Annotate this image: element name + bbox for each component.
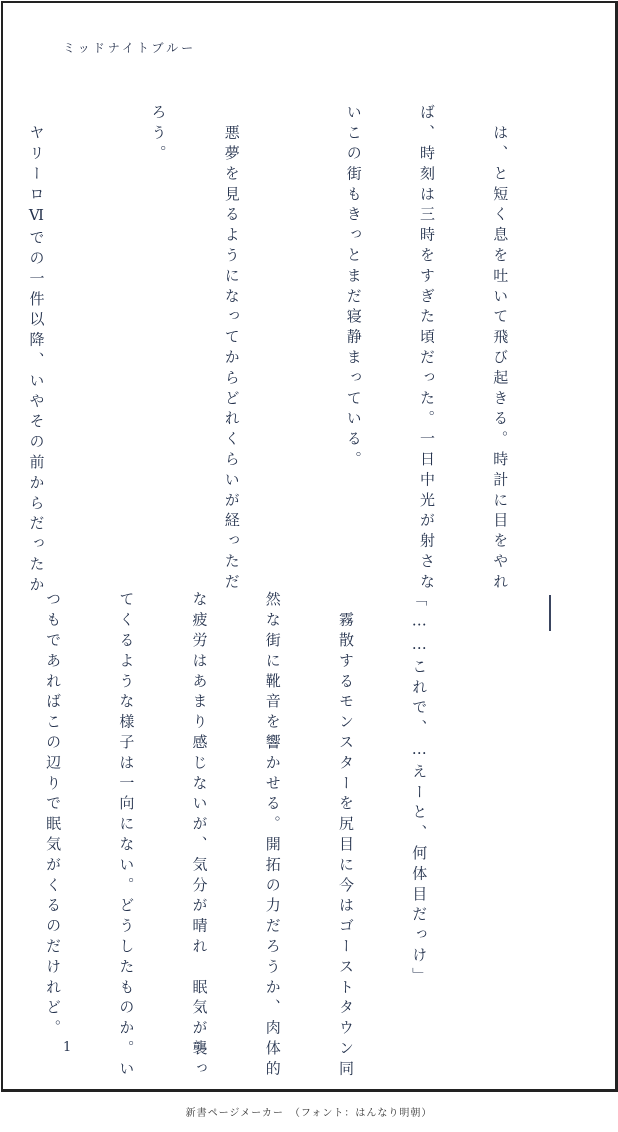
text-column: 悪夢を見るようになってからどれくらいが経っただ: [219, 104, 243, 534]
text-column: 「……これで、…えーと、何体目だっけ」: [407, 591, 431, 1021]
text-column: てくるような様子は一向にない。どうしたものか。い: [114, 591, 138, 1021]
text-column: 霧散するモンスターを尻目に今はゴーストタウン同: [334, 591, 358, 1021]
page-number: 1: [63, 1040, 71, 1055]
text-column: は、と短く息を吐いて飛び起きる。時計に目をやれ: [488, 104, 512, 534]
running-title: ミッドナイトブルー: [63, 39, 196, 56]
text-column: ば、時刻は三時をすぎた頃だった。一日中光が射さな: [415, 104, 439, 534]
text-column: ヤリーロⅥでの一件以降、いやその前からだったか: [24, 104, 48, 534]
text-block-top: は、と短く息を吐いて飛び起きる。時計に目をやれ ば、時刻は三時をすぎた頃だった。…: [0, 104, 561, 534]
book-page: ミッドナイトブルー は、と短く息を吐いて飛び起きる。時計に目をやれ ば、時刻は三…: [1, 1, 618, 1092]
scene-break-dash: [549, 595, 551, 631]
text-column: 然な街に靴音を響かせる。開拓の力だろうか、肉体的: [260, 591, 284, 1021]
text-column: ろう。: [146, 104, 170, 534]
text-column: いこの街もきっとまだ寝静まっている。: [341, 104, 365, 534]
text-column: つもであればこの辺りで眠気がくるのだけれど。: [41, 591, 65, 1021]
text-block-bottom: 「……これで、…えーと、何体目だっけ」 霧散するモンスターを尻目に今はゴーストタ…: [0, 591, 480, 1021]
text-column: な疲労はあまり感じないが、気分が晴れ 眠気が襲っ: [187, 591, 211, 1021]
footer-caption: 新書ページメーカー （フォント：はんなり明朝）: [0, 1104, 618, 1119]
